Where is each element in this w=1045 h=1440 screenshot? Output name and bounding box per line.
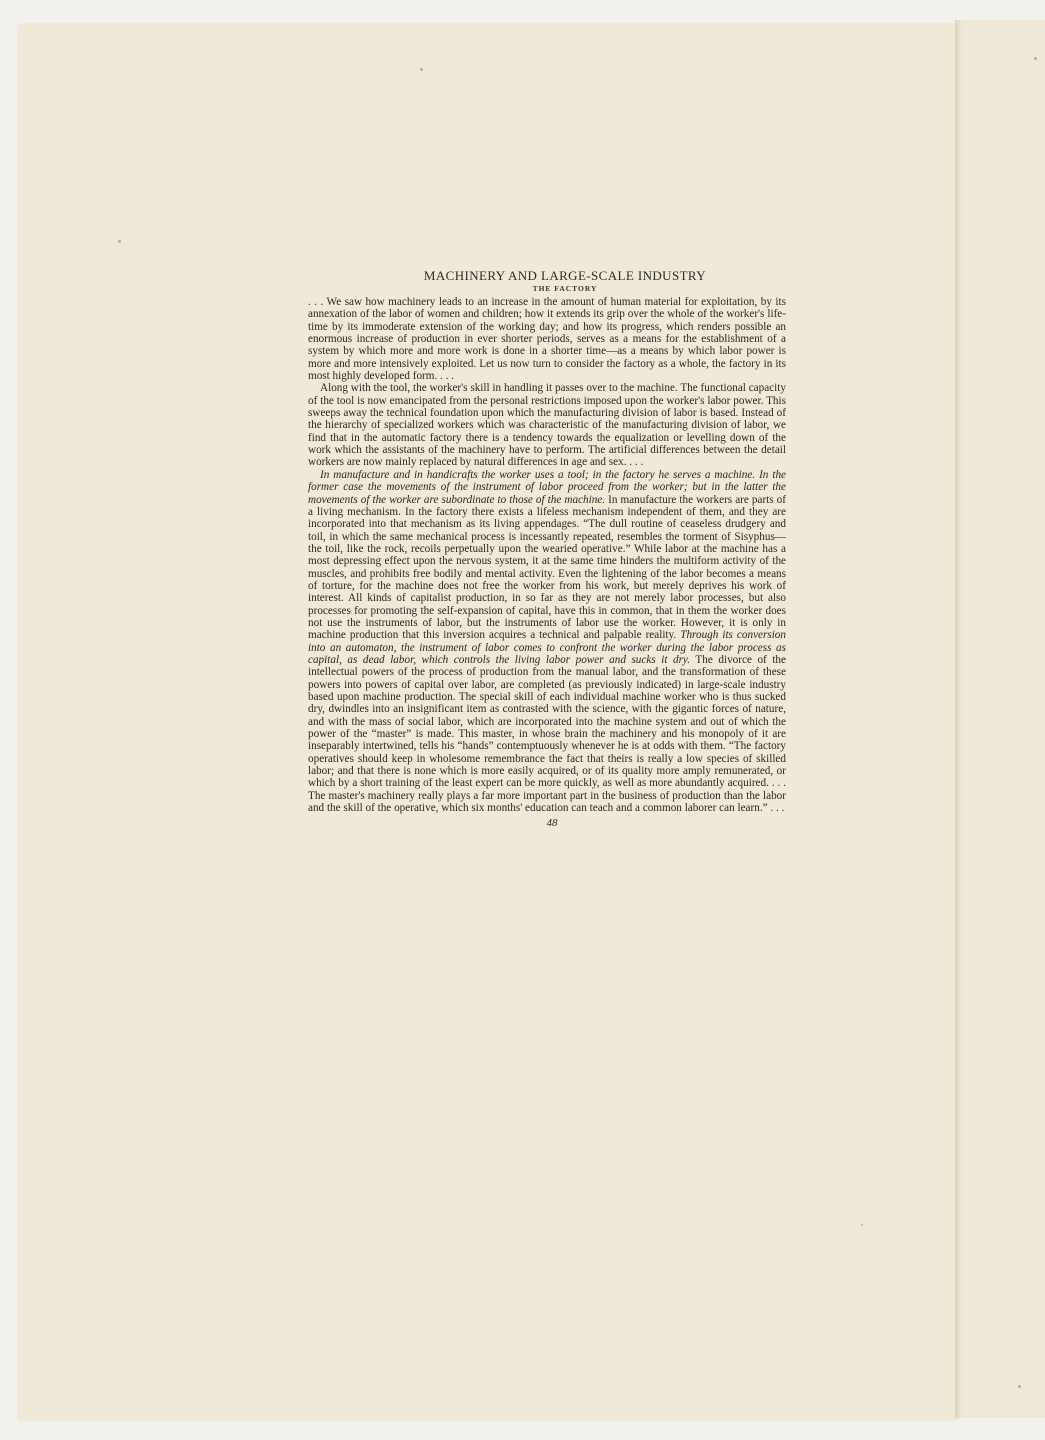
text-block: MACHINERY AND LARGE-SCALE INDUSTRY THE F… [308, 268, 786, 829]
paragraph-text: . . . We saw how machinery leads to an i… [308, 296, 786, 382]
paper-speck [420, 68, 423, 71]
paper-speck [1018, 1385, 1021, 1388]
paragraph-1: . . . We saw how machinery leads to an i… [308, 296, 786, 382]
paragraph-text: In manufacture the workers are parts of … [308, 494, 786, 642]
paper-speck [1034, 57, 1037, 60]
facing-page-edge [955, 20, 1045, 1418]
paragraph-2: Along with the tool, the worker's skill … [308, 382, 786, 468]
paragraph-text: Along with the tool, the worker's skill … [308, 382, 786, 468]
page-number: 48 [308, 817, 786, 829]
chapter-title: MACHINERY AND LARGE-SCALE INDUSTRY [308, 268, 786, 284]
paragraph-text: The divorce of the intellectual powers o… [308, 654, 786, 814]
paper-speck [118, 240, 121, 243]
paragraph-3: In manufacture and in handicrafts the wo… [308, 469, 786, 815]
section-subtitle: THE FACTORY [308, 284, 786, 294]
paper-speck [861, 1224, 863, 1226]
